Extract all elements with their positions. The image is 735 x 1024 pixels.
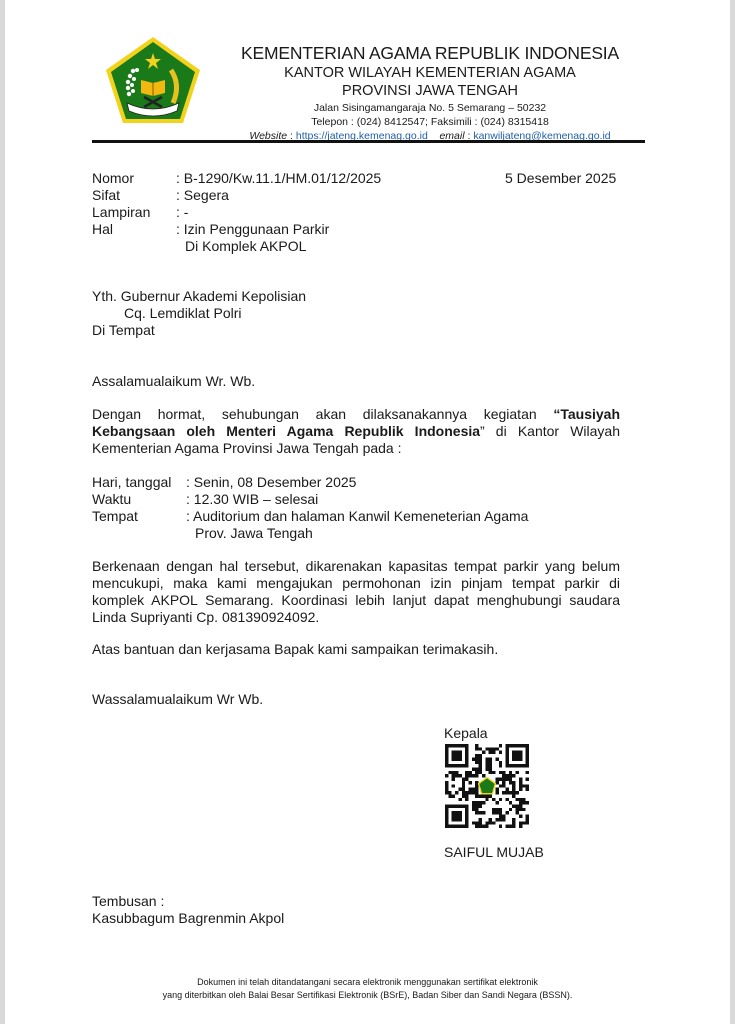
letterhead-divider: [92, 140, 645, 143]
page-edge-right: [730, 0, 735, 1024]
letter-meta: Nomor : B-1290/Kw.11.1/HM.01/12/2025 Sif…: [92, 170, 381, 255]
meta-row-lampiran: Lampiran : -: [92, 204, 381, 221]
letter-date: 5 Desember 2025: [505, 170, 616, 187]
event-row-date: Hari, tanggal : Senin, 08 Desember 2025: [92, 474, 528, 491]
recipient-line-1: Yth. Gubernur Akademi Kepolisian: [92, 288, 306, 305]
office-name: KANTOR WILAYAH KEMENTERIAN AGAMA: [215, 64, 645, 82]
signatory-name: SAIFUL MUJAB: [444, 844, 544, 861]
event-details: Hari, tanggal : Senin, 08 Desember 2025 …: [92, 474, 528, 542]
event-row-place: Tempat : Auditorium dan halaman Kanwil K…: [92, 508, 528, 542]
event-row-time: Waktu : 12.30 WIB – selesai: [92, 491, 528, 508]
province-name: PROVINSI JAWA TENGAH: [215, 82, 645, 101]
page-edge-left: [0, 0, 5, 1024]
recipient-line-2: Cq. Lemdiklat Polri: [124, 305, 242, 322]
kemenag-logo-icon: [103, 35, 203, 125]
office-address: Jalan Sisingamangaraja No. 5 Semarang – …: [215, 101, 645, 115]
closing: Wassalamualaikum Wr Wb.: [92, 691, 263, 708]
cc-label: Tembusan :: [92, 893, 164, 910]
letterhead: KEMENTERIAN AGAMA REPUBLIK INDONESIA KAN…: [215, 43, 645, 143]
meta-row-sifat: Sifat : Segera: [92, 187, 381, 204]
paragraph-request: Berkenaan dengan hal tersebut, dikarenak…: [92, 558, 620, 626]
qr-code-icon: [445, 744, 529, 828]
paragraph-thanks: Atas bantuan dan kerjasama Bapak kami sa…: [92, 641, 498, 658]
meta-row-nomor: Nomor : B-1290/Kw.11.1/HM.01/12/2025: [92, 170, 381, 187]
recipient-line-3: Di Tempat: [92, 322, 155, 339]
paragraph-intro: Dengan hormat, sehubungan akan dilaksana…: [92, 406, 620, 457]
office-phone-fax: Telepon : (024) 8412547; Faksimili : (02…: [215, 115, 645, 129]
cc-item: Kasubbagum Bagrenmin Akpol: [92, 910, 284, 927]
meta-row-hal: Hal : Izin Penggunaan Parkir Di Komplek …: [92, 221, 381, 255]
ministry-name: KEMENTERIAN AGAMA REPUBLIK INDONESIA: [215, 43, 645, 64]
greeting: Assalamualaikum Wr. Wb.: [92, 373, 255, 390]
e-signature-notice: Dokumen ini telah ditandatangani secara …: [100, 976, 635, 1002]
signatory-title: Kepala: [444, 725, 488, 742]
